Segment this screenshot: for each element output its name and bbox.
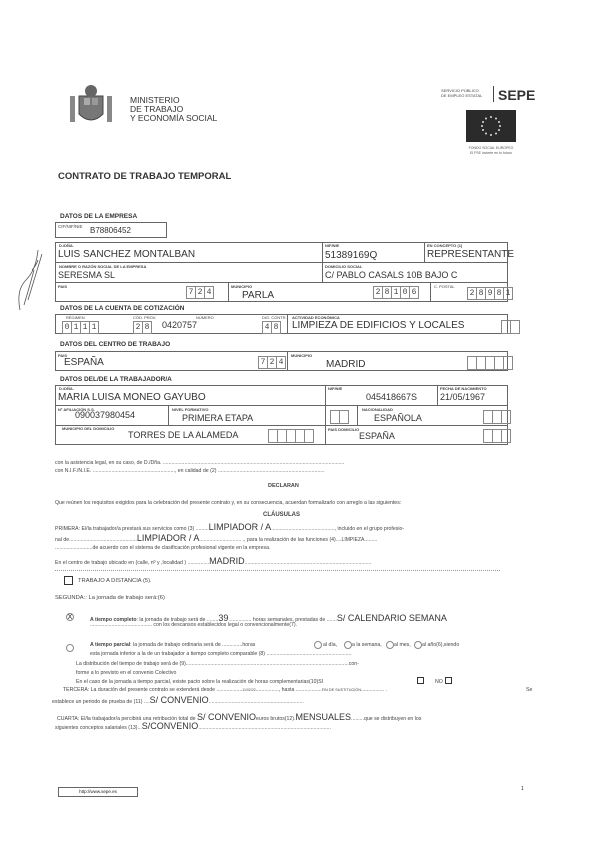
nacionalidad-value: ESPAÑOLA — [374, 413, 422, 423]
dig-label: DIG. CONTR. — [262, 315, 287, 320]
tiempo-parcial-radio[interactable] — [66, 644, 74, 652]
digit: 8 — [477, 287, 486, 300]
nacionalidad-code — [483, 410, 511, 424]
prueba-value: S/ CONVENIO — [150, 695, 209, 705]
centro-pais-value: ESPAÑA — [64, 357, 104, 368]
text: ........................................… — [209, 699, 304, 705]
text: A tiempo parcial — [90, 642, 130, 648]
selected-mark: X — [68, 614, 73, 621]
municipio-code: 28106 — [373, 286, 419, 299]
document-title: CONTRATO DE TRABAJO TEMPORAL — [58, 171, 231, 182]
reunen-line: Que reúnen los requisitos exigidos para … — [55, 500, 401, 506]
segunda-heading: SEGUNDA:: La jornada de trabajo será:(6) — [55, 595, 165, 601]
fecha-label: FECHA DE NACIMIENTO — [440, 386, 487, 391]
text: ........................................… — [198, 725, 331, 731]
trabajador-nif-value: 045418667S — [366, 392, 417, 402]
trabajo-distancia-label: TRABAJO A DISTANCIA (5). — [78, 578, 152, 584]
pais-domicilio-code — [483, 429, 511, 443]
centro-ubicacion-value: MADRID — [209, 556, 245, 566]
razon-label: NOMBRE O RAZÓN SOCIAL DE LA EMPRESA — [59, 264, 146, 269]
municipio-domicilio-label: MUNICIPIO DEL DOMICILIO — [62, 426, 114, 431]
distribucion-line: La distribución del tiempo de trabajo se… — [76, 661, 359, 667]
complementarias-line: En el caso de la jornada a tiempo parcia… — [76, 679, 323, 685]
text: ......... — [364, 537, 377, 543]
municipio-domicilio-code — [268, 429, 314, 443]
municipio-label: MUNICIPIO — [291, 353, 312, 358]
digit: 2 — [373, 286, 383, 299]
cp-code: 28981 — [467, 287, 513, 300]
fecha-desde-value: 11/02/22 — [242, 688, 255, 692]
digit: 1 — [504, 287, 513, 300]
digit: 4 — [262, 321, 272, 334]
signature — [8, 240, 48, 320]
razon-value: SERESMA SL — [58, 270, 115, 280]
fecha-hasta-value: FIN DE SUSTITUCIÓN — [322, 688, 361, 692]
fse-line: El FSE invierte en tu futuro — [455, 151, 527, 156]
cif-label: CIF/NIF/NIE — [58, 224, 83, 229]
primera-line-2: nal de..................................… — [55, 533, 377, 543]
prov-label: CÓD. PROV. — [133, 315, 156, 320]
text: ................ . — [361, 687, 387, 693]
domicilio-value: C/ PABLO CASALS 10B BAJO C — [325, 270, 457, 280]
tercera-se: Se — [526, 687, 532, 693]
digit: 4 — [205, 286, 214, 299]
digit: 8 — [143, 321, 152, 334]
clausulas-heading: CLÁUSULAS — [263, 512, 300, 518]
section-empresa: DATOS DE LA EMPRESA — [60, 213, 137, 220]
coat-of-arms-logo — [66, 84, 116, 128]
anio-radio[interactable] — [414, 641, 422, 649]
primera-line-3: ..........................de acuerdo con… — [55, 545, 270, 551]
funciones-value: LIMPIEZA — [342, 537, 365, 543]
digit: 0 — [62, 321, 72, 334]
page-number: 1 — [521, 786, 524, 792]
actividad-value: LIMPIEZA DE EDIFICIOS Y LOCALES — [292, 320, 464, 331]
concepto-value: REPRESENTANTE — [427, 249, 514, 260]
nif-calidad-line: con N.I.F./N.I.E. ......................… — [55, 468, 325, 474]
text: ........................................… — [245, 560, 372, 566]
text: ........................................… — [271, 526, 404, 532]
section-centro: DATOS DEL CENTRO DE TRABAJO — [60, 341, 170, 348]
text: ................, hasta ................… — [256, 687, 322, 693]
ministry-line: Y ECONOMÍA SOCIAL — [130, 114, 217, 123]
numero-value: 0420757 — [162, 320, 197, 330]
sepe-logo: SEPE — [498, 87, 535, 103]
sepe-url-link[interactable]: http://www.sepe.es — [58, 787, 138, 797]
municipio-label: MUNICIPIO — [231, 284, 252, 289]
digit: 4 — [277, 356, 286, 369]
si-checkbox[interactable] — [417, 677, 424, 684]
section-cotizacion: DATOS DE LA CUENTA DE COTIZACIÓN — [60, 305, 184, 312]
eu-flag-icon — [466, 110, 516, 142]
al-dia-label: al día, — [323, 642, 337, 648]
pais-domicilio-label: PAIS DOMICILIO — [328, 427, 359, 432]
digit: 2 — [196, 286, 205, 299]
divider — [55, 570, 500, 571]
text: siguientes conceptos salariales (13)... — [55, 725, 142, 731]
ministry-name: MINISTERIO DE TRABAJO Y ECONOMÍA SOCIAL — [130, 96, 217, 123]
centro-pais-code: 724 — [258, 356, 286, 369]
text: En el centro de trabajo ubicado en (call… — [55, 560, 209, 566]
sepe-subtitle: SERVICIO PÚBLICO DE EMPLEO ESTATAL — [441, 88, 482, 98]
cp-label: C. POSTAL — [434, 284, 455, 289]
declaran-heading: DECLARAN — [268, 483, 299, 489]
text: nal de..................................… — [55, 537, 137, 543]
anio-label: al año(6),siendo — [422, 642, 459, 648]
section-trabajador: DATOS DEL/DE LA TRABAJADOR/A — [60, 376, 172, 383]
fecha-value: 21/05/1967 — [440, 392, 485, 402]
tiempo-parcial-line: A tiempo parcial: la jornada de trabajo … — [90, 642, 255, 648]
digit: 9 — [486, 287, 495, 300]
pais-domicilio-value: ESPAÑA — [359, 431, 395, 441]
text: .........que se distribuyen en los — [351, 716, 421, 722]
pais-code: 724 — [186, 286, 214, 299]
digit: 7 — [258, 356, 268, 369]
digit: 1 — [81, 321, 90, 334]
regimen-label: RÉGIMEN — [66, 315, 85, 320]
parcial-line-2: esta jornada inferior a la de un trabaja… — [90, 651, 352, 657]
digit: 7 — [186, 286, 196, 299]
cif-value: B78806452 — [90, 226, 131, 235]
grupo-value: LIMPIADOR / A — [137, 533, 200, 543]
semana-radio[interactable] — [344, 641, 352, 649]
digit: 6 — [410, 286, 419, 299]
text: PRIMERA: El/la trabajador/a prestará sus… — [55, 526, 209, 532]
cuarta-line-2: siguientes conceptos salariales (13)...S… — [55, 721, 331, 731]
empresa-nif-value: 51389169Q — [325, 250, 377, 261]
digit: 2 — [268, 356, 277, 369]
nif-label: NIF/NIE — [328, 386, 342, 391]
mes-label: al mes, — [394, 642, 411, 648]
trabajador-dona-value: MARIA LUISA MONEO GAYUBO — [58, 392, 206, 403]
municipio-value: PARLA — [242, 290, 274, 301]
digit: 8 — [495, 287, 504, 300]
primera-line-4: En el centro de trabajo ubicado en (call… — [55, 556, 372, 566]
divider — [493, 86, 494, 102]
conceptos-value: S/CONVENIO — [142, 721, 199, 731]
cif-field: CIF/NIF/NIE B78806452 — [55, 222, 167, 238]
tiempo-completo-radio[interactable]: X — [66, 613, 74, 621]
nivel-label: NIVEL FORMATIVO — [172, 407, 209, 412]
text: : la jornada de trabajo ordinaria será d… — [130, 642, 255, 648]
domicilio-label: DOMICILIO SOCIAL — [325, 264, 362, 269]
trabajo-distancia-checkbox[interactable] — [64, 576, 73, 585]
actividad-code — [501, 320, 520, 334]
concepto-label: EN CONCEPTO (1) — [427, 243, 462, 248]
digit: 0 — [401, 286, 410, 299]
no-label: NO — [435, 679, 443, 685]
primera-line-1: PRIMERA: El/la trabajador/a prestará sus… — [55, 522, 404, 532]
digit: 2 — [467, 287, 477, 300]
centro-municipio-code — [467, 356, 513, 370]
digit: 8 — [383, 286, 392, 299]
pais-label: PAIS — [58, 284, 67, 289]
numero-label: NÚMERO — [196, 315, 214, 320]
nivel-value: PRIMERA ETAPA — [182, 413, 253, 423]
nif-label: NIF/NIE — [325, 243, 339, 248]
digit: 2 — [133, 321, 143, 334]
prov-code: 28 — [133, 321, 152, 334]
no-checkbox[interactable] — [445, 677, 452, 684]
nacionalidad-label: NACIONALIDAD — [362, 407, 393, 412]
calendario-value: S/ CALENDARIO SEMANA — [337, 613, 447, 623]
afiliacion-value: 090037980454 — [75, 410, 135, 420]
digit: 1 — [392, 286, 401, 299]
dig-code: 48 — [262, 321, 281, 334]
descansos-line: ........................................… — [90, 622, 297, 628]
regimen-code: 0111 — [62, 321, 99, 334]
dona-label: D./DÑA. — [59, 386, 74, 391]
fse-caption: FONDO SOCIAL EUROPEO El FSE invierte en … — [455, 146, 527, 155]
digit: 1 — [72, 321, 81, 334]
centro-municipio-value: MADRID — [326, 359, 365, 370]
municipio-domicilio-value: TORRES DE LA ALAMEDA — [128, 430, 238, 440]
nivel-code — [330, 410, 349, 424]
empresa-dona-value: LUIS SANCHEZ MONTALBAN — [58, 249, 195, 260]
sepe-line: DE EMPLEO ESTATAL — [441, 93, 482, 98]
digit: 8 — [272, 321, 281, 334]
text: establece un periodo de prueba de (11) .… — [52, 699, 150, 705]
semana-label: a la semana, — [352, 642, 382, 648]
prueba-line: establece un periodo de prueba de (11) .… — [52, 695, 304, 705]
tercera-line: TERCERA: La duración del presente contra… — [63, 687, 387, 693]
text: ............................. ., para la… — [199, 537, 341, 543]
digit: 1 — [90, 321, 99, 334]
asistencia-line: con la asistencia legal, en su caso, de … — [55, 460, 344, 466]
text: TERCERA: La duración del presente contra… — [63, 687, 242, 693]
dona-label: D./DÑA. — [59, 243, 74, 248]
mes-radio[interactable] — [386, 641, 394, 649]
puesto-value: LIMPIADOR / A — [209, 522, 272, 532]
al-dia-radio[interactable] — [314, 641, 322, 649]
conforme-line: forme a lo previsto en el convenio Colec… — [76, 670, 176, 676]
